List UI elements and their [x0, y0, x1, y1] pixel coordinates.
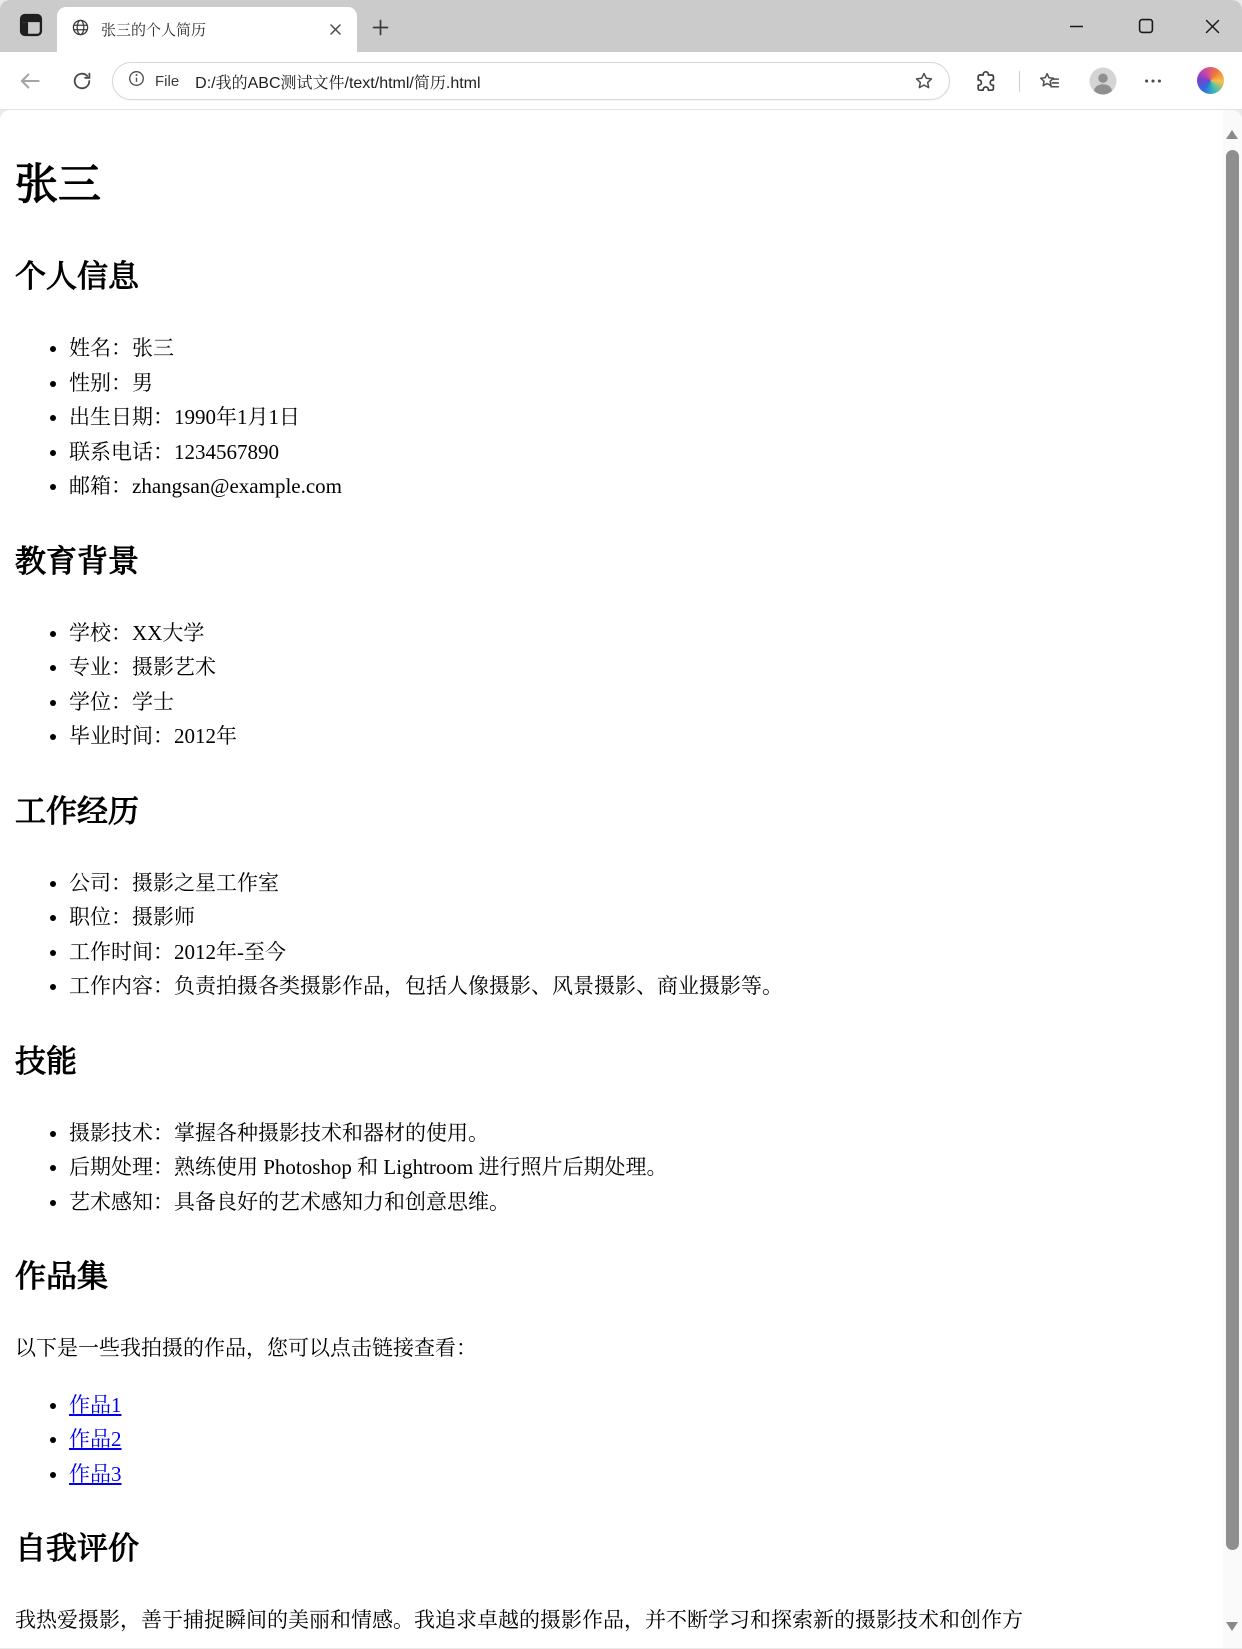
list-item: 专业：摄影艺术 [69, 650, 1202, 685]
page-content-area: 张三 个人信息 姓名：张三 性别：男 出生日期：1990年1月1日 联系电话：1… [0, 110, 1242, 1648]
list-item: 联系电话：1234567890 [69, 435, 1202, 470]
list-item: 学校：XX大学 [69, 616, 1202, 651]
list-item: 作品2 [69, 1422, 1202, 1457]
section-heading-personal-info: 个人信息 [15, 257, 1202, 297]
ellipsis-icon [1142, 70, 1164, 92]
profile-button[interactable] [1089, 67, 1117, 95]
portfolio-link-2[interactable]: 作品2 [69, 1427, 122, 1451]
new-tab-button[interactable] [366, 15, 394, 39]
refresh-button[interactable] [66, 68, 98, 94]
refresh-icon [70, 69, 94, 93]
list-item: 性别：男 [69, 366, 1202, 401]
browser-tab[interactable]: 张三的个人简历 [57, 7, 357, 52]
window-close-button[interactable] [1192, 6, 1232, 46]
list-item: 职位：摄影师 [69, 900, 1202, 935]
tab-title: 张三的个人简历 [101, 19, 323, 40]
list-item: 邮箱：zhangsan@example.com [69, 469, 1202, 504]
section-heading-work-experience: 工作经历 [15, 792, 1202, 832]
back-arrow-icon [17, 68, 43, 94]
puzzle-icon [974, 69, 998, 93]
portfolio-intro: 以下是一些我拍摄的作品，您可以点击链接查看： [15, 1331, 1202, 1366]
scroll-down-arrow-icon[interactable] [1226, 1622, 1238, 1631]
tab-close-button[interactable] [323, 18, 347, 42]
scrollbar-thumb[interactable] [1226, 150, 1239, 1550]
list-item: 艺术感知：具备良好的艺术感知力和创意思维。 [69, 1185, 1202, 1220]
list-item: 后期处理：熟练使用 Photoshop 和 Lightroom 进行照片后期处理… [69, 1150, 1202, 1185]
personal-info-list: 姓名：张三 性别：男 出生日期：1990年1月1日 联系电话：123456789… [15, 331, 1202, 504]
favorites-hub-button[interactable] [1038, 70, 1061, 93]
protocol-label: File [155, 73, 179, 90]
address-bar[interactable]: File D:/我的ABC测试文件/text/html/简历.html [112, 62, 950, 100]
minimize-button[interactable] [1056, 6, 1096, 46]
list-item: 工作内容：负责拍摄各类摄影作品，包括人像摄影、风景摄影、商业摄影等。 [69, 969, 1202, 1004]
back-button[interactable] [12, 67, 48, 95]
star-list-icon [1038, 70, 1061, 93]
skills-list: 摄影技术：掌握各种摄影技术和器材的使用。 后期处理：熟练使用 Photoshop… [15, 1116, 1202, 1220]
url-text[interactable]: D:/我的ABC测试文件/text/html/简历.html [195, 70, 905, 93]
list-item: 工作时间：2012年-至今 [69, 935, 1202, 970]
page-title: 张三 [15, 160, 1202, 210]
section-heading-skills: 技能 [15, 1042, 1202, 1082]
list-item: 学位：学士 [69, 685, 1202, 720]
plus-icon [371, 18, 390, 37]
portfolio-links-list: 作品1 作品2 作品3 [15, 1388, 1202, 1492]
browser-window: 张三的个人简历 [0, 0, 1242, 1649]
list-item: 作品1 [69, 1388, 1202, 1423]
scroll-up-arrow-icon[interactable] [1226, 130, 1238, 139]
list-item: 摄影技术：掌握各种摄影技术和器材的使用。 [69, 1116, 1202, 1151]
toolbar-divider [1019, 71, 1020, 92]
section-heading-self-evaluation: 自我评价 [15, 1529, 1202, 1569]
page-info-icon[interactable] [127, 69, 146, 93]
section-heading-portfolio: 作品集 [15, 1257, 1202, 1297]
minimize-icon [1069, 19, 1084, 34]
vertical-scrollbar[interactable] [1223, 110, 1242, 1648]
titlebar: 张三的个人简历 [0, 0, 1242, 52]
list-item: 公司：摄影之星工作室 [69, 866, 1202, 901]
star-icon [913, 70, 935, 92]
extensions-button[interactable] [974, 69, 998, 93]
copilot-button[interactable] [1197, 67, 1224, 94]
list-item: 毕业时间：2012年 [69, 719, 1202, 754]
list-item: 作品3 [69, 1457, 1202, 1492]
list-item: 姓名：张三 [69, 331, 1202, 366]
maximize-button[interactable] [1126, 6, 1166, 46]
close-icon [329, 23, 342, 36]
portfolio-link-1[interactable]: 作品1 [69, 1393, 122, 1417]
list-item: 出生日期：1990年1月1日 [69, 400, 1202, 435]
avatar [1089, 67, 1117, 95]
globe-favicon-icon [71, 18, 90, 42]
close-icon [1205, 19, 1220, 34]
add-favorite-button[interactable] [913, 70, 935, 92]
tab-actions-icon [17, 11, 45, 44]
settings-more-button[interactable] [1142, 70, 1164, 92]
navigation-toolbar: File D:/我的ABC测试文件/text/html/简历.html [0, 52, 1242, 110]
portfolio-link-3[interactable]: 作品3 [69, 1462, 122, 1486]
copilot-icon [1197, 67, 1224, 94]
section-heading-education: 教育背景 [15, 542, 1202, 582]
education-list: 学校：XX大学 专业：摄影艺术 学位：学士 毕业时间：2012年 [15, 616, 1202, 754]
self-evaluation-paragraph: 我热爱摄影，善于捕捉瞬间的美丽和情感。我追求卓越的摄影作品，并不断学习和探索新的… [15, 1603, 1202, 1638]
tab-actions-menu-button[interactable] [14, 11, 48, 43]
work-experience-list: 公司：摄影之星工作室 职位：摄影师 工作时间：2012年-至今 工作内容：负责拍… [15, 866, 1202, 1004]
maximize-icon [1138, 18, 1154, 34]
resume-document: 张三 个人信息 姓名：张三 性别：男 出生日期：1990年1月1日 联系电话：1… [0, 110, 1242, 1638]
